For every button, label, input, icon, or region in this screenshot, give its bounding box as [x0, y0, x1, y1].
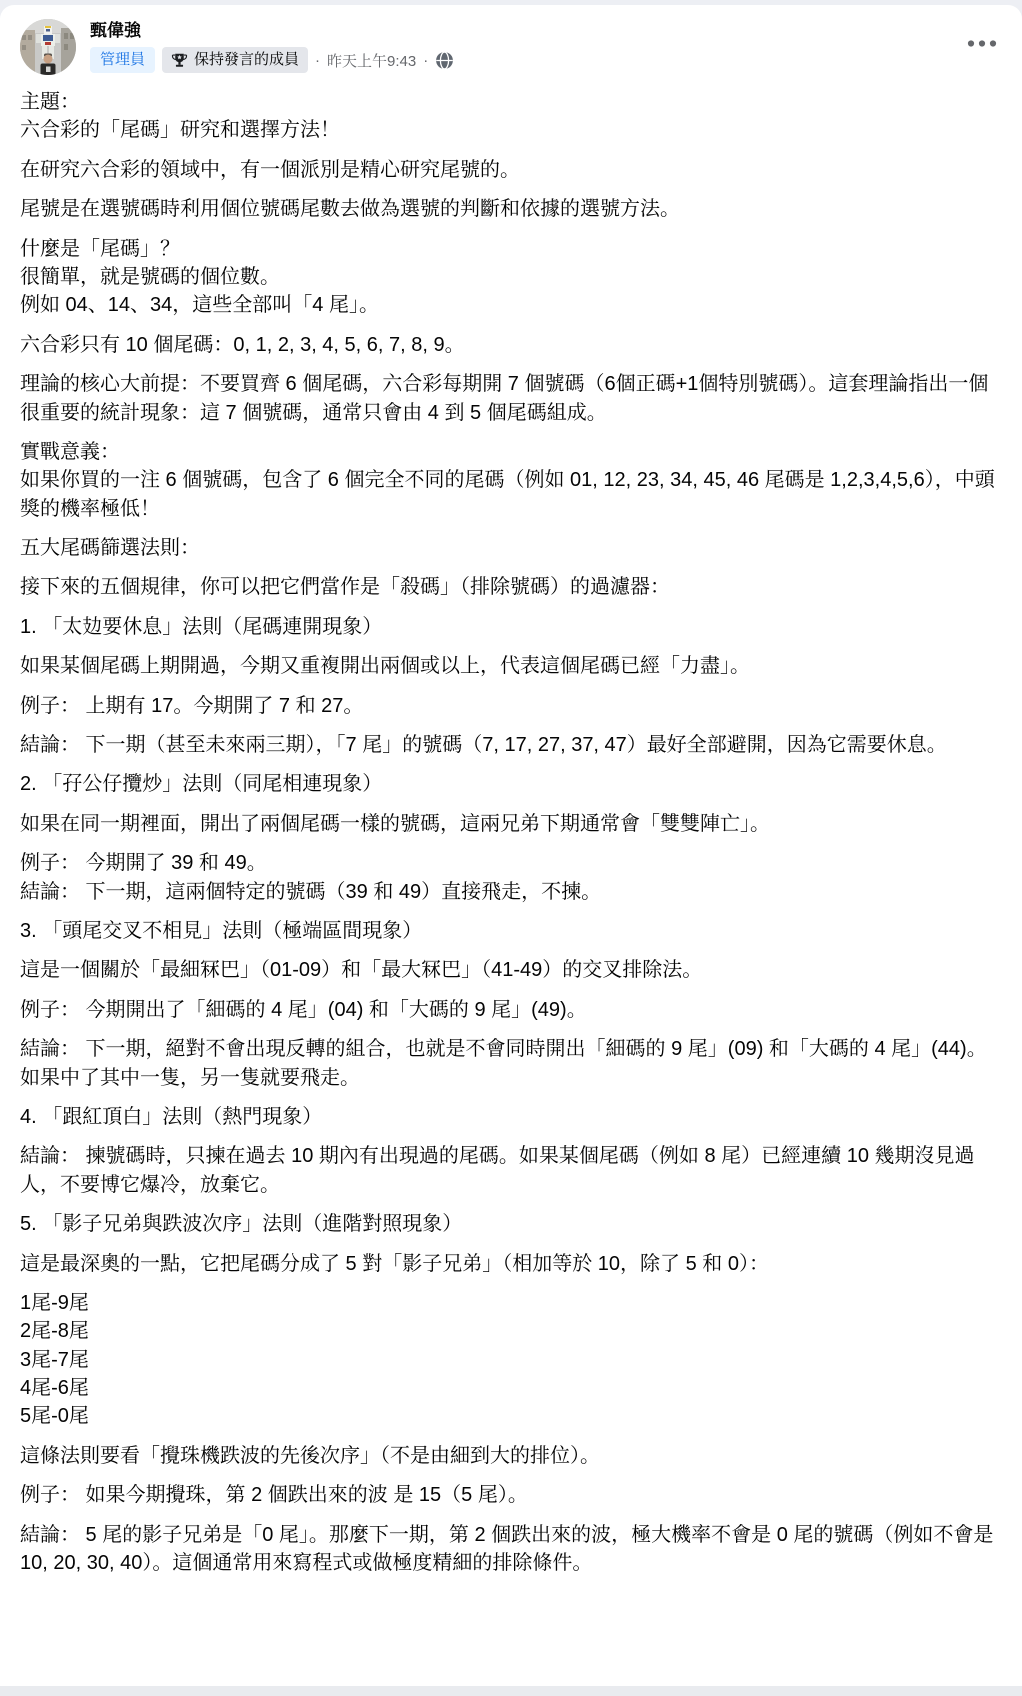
post-paragraph: 1尾-9尾 2尾-8尾 3尾-7尾 4尾-6尾 5尾-0尾 [20, 1289, 1000, 1431]
post-paragraph: 4. 「跟紅頂白」法則（熱門現象） [20, 1103, 1000, 1131]
post-paragraph: 例子： 今期開出了「細碼的 4 尾」(04) 和「大碼的 9 尾」(49)。 [20, 996, 1000, 1024]
post-options-button[interactable] [962, 27, 1002, 59]
meta-separator: · [315, 52, 320, 69]
admin-badge[interactable]: 管理員 [90, 47, 155, 73]
post-paragraph: 例子： 今期開了 39 和 49。 結論： 下一期，這兩個特定的號碼（39 和 … [20, 849, 1000, 906]
post-paragraph: 這是一個關於「最細冧巴」（01-09）和「最大冧巴」（41-49）的交叉排除法。 [20, 956, 1000, 984]
feed-page: 甄偉強 管理員 保持發言的成員 · [0, 0, 1022, 1696]
post-paragraph: 接下來的五個規律，你可以把它們當作是「殺碼」（排除號碼）的過濾器： [20, 573, 1000, 601]
post-paragraph: 結論： 下一期，絕對不會出現反轉的組合，也就是不會同時開出「細碼的 9 尾」(0… [20, 1035, 1000, 1092]
post-paragraph: 結論： 5 尾的影子兄弟是「0 尾」。那麼下一期，第 2 個跌出來的波，極大機率… [20, 1521, 1000, 1578]
post-paragraph: 實戰意義： 如果你買的一注 6 個號碼，包含了 6 個完全不同的尾碼（例如 01… [20, 438, 1000, 523]
post-paragraph: 在研究六合彩的領域中，有一個派別是精心研究尾號的。 [20, 156, 1000, 184]
facebook-post-card: 甄偉強 管理員 保持發言的成員 · [0, 5, 1022, 1686]
post-paragraph: 六合彩只有 10 個尾碼：0, 1, 2, 3, 4, 5, 6, 7, 8, … [20, 331, 1000, 359]
post-header: 甄偉強 管理員 保持發言的成員 · [20, 19, 1000, 75]
post-text: 主題： 六合彩的「尾碼」研究和選擇方法！在研究六合彩的領域中，有一個派別是精心研… [20, 88, 1000, 1588]
post-paragraph: 理論的核心大前提：不要買齊 6 個尾碼，六合彩每期開 7 個號碼（6個正碼+1個… [20, 370, 1000, 427]
post-paragraph: 尾號是在選號碼時利用個位號碼尾數去做為選號的判斷和依據的選號方法。 [20, 195, 1000, 223]
post-paragraph: 例子： 上期有 17。今期開了 7 和 27。 [20, 692, 1000, 720]
profile-photo [20, 19, 76, 75]
post-paragraph: 1. 「太攰要休息」法則（尾碼連開現象） [20, 613, 1000, 641]
trophy-icon [171, 52, 188, 69]
meta-separator: · [423, 52, 428, 69]
post-paragraph: 主題： 六合彩的「尾碼」研究和選擇方法！ [20, 88, 1000, 145]
post-paragraph: 這是最深奧的一點，它把尾碼分成了 5 對「影子兄弟」（相加等於 10，除了 5 … [20, 1250, 1000, 1278]
post-paragraph: 結論： 下一期（甚至未來兩三期），「7 尾」的號碼（7, 17, 27, 37,… [20, 731, 1000, 759]
post-paragraph: 例子： 如果今期攪珠，第 2 個跌出來的波 是 15（5 尾）。 [20, 1481, 1000, 1509]
ellipsis-icon [967, 39, 997, 48]
post-meta-row: 管理員 保持發言的成員 · 昨天上午9:43 [90, 47, 454, 73]
post-paragraph: 2. 「孖公仔攬炒」法則（同尾相連現象） [20, 770, 1000, 798]
post-header-info: 甄偉強 管理員 保持發言的成員 · [90, 19, 454, 73]
member-badge-label: 保持發言的成員 [194, 51, 299, 69]
member-badge[interactable]: 保持發言的成員 [162, 47, 308, 73]
timestamp[interactable]: 昨天上午9:43 [327, 50, 416, 71]
post-paragraph: 3. 「頭尾交叉不相見」法則（極端區間現象） [20, 917, 1000, 945]
author-name[interactable]: 甄偉強 [90, 21, 454, 41]
post-paragraph: 如果某個尾碼上期開過，今期又重複開出兩個或以上，代表這個尾碼已經「力盡」。 [20, 652, 1000, 680]
avatar[interactable] [20, 19, 76, 75]
post-paragraph: 結論： 揀號碼時，只揀在過去 10 期內有出現過的尾碼。如果某個尾碼（例如 8 … [20, 1142, 1000, 1199]
globe-public-icon [435, 51, 454, 70]
feed-gap [0, 1686, 1022, 1696]
post-paragraph: 這條法則要看「攪珠機跌波的先後次序」（不是由細到大的排位）。 [20, 1442, 1000, 1470]
post-paragraph: 5. 「影子兄弟與跌波次序」法則（進階對照現象） [20, 1210, 1000, 1238]
post-paragraph: 什麼是「尾碼」？ 很簡單，就是號碼的個位數。 例如 04、14、34，這些全部叫… [20, 235, 1000, 320]
post-paragraph: 如果在同一期裡面，開出了兩個尾碼一樣的號碼，這兩兄弟下期通常會「雙雙陣亡」。 [20, 810, 1000, 838]
post-paragraph: 五大尾碼篩選法則： [20, 534, 1000, 562]
